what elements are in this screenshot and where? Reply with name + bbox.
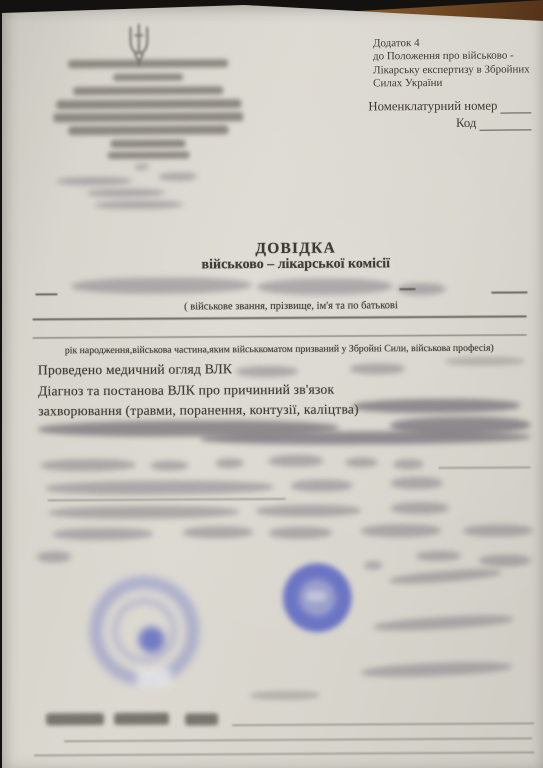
letterhead-line-blur: [53, 112, 243, 122]
official-title-blur: [46, 713, 104, 725]
code-label: Код: [456, 116, 477, 131]
handwriting-blur: [49, 505, 239, 519]
handwriting-blur: [361, 524, 441, 537]
handwritten-date-blur: [135, 164, 149, 170]
nomenclature-label: Номенклатурний номер: [368, 99, 497, 115]
handwriting-blur: [391, 477, 443, 489]
form-rule: [33, 315, 527, 320]
handwriting-blur: [463, 524, 533, 536]
handwritten-name-blur: [71, 277, 251, 294]
official-title-blur: [185, 713, 218, 725]
handwriting-blur: [46, 480, 274, 495]
handwritten-exam-blur: [236, 366, 298, 377]
letterhead-line-blur: [68, 125, 228, 135]
appendix-line: Додаток 4: [373, 36, 543, 50]
signature-blur: [389, 567, 502, 586]
name-line-dash: [35, 293, 57, 295]
caption-rank-name: ( військове звання, прізвище, ім'я та по…: [39, 299, 542, 313]
handwritten-exam-blur: [350, 363, 405, 374]
handwriting-blur: [479, 554, 531, 566]
nomenclature-row: Номенклатурний номер: [368, 98, 531, 114]
appendix-block: Додаток 4 до Положення про військово - Л…: [373, 36, 543, 91]
document-page: Додаток 4 до Положення про військово - Л…: [0, 0, 543, 768]
signature-blur: [373, 613, 513, 633]
document-content: Додаток 4 до Положення про військово - Л…: [0, 0, 543, 768]
handwriting-blur: [390, 416, 530, 434]
code-blank-line: [479, 128, 531, 130]
handwriting-blur: [416, 551, 461, 561]
letterhead-line-blur: [56, 99, 241, 109]
name-line-end: [491, 291, 527, 293]
document-subtitle: військово – лікарської комісії: [49, 255, 542, 274]
letterhead-line-blur: [73, 86, 223, 95]
form-rule-bottom: [64, 737, 532, 742]
exam-line: Проведено медичний огляд ВЛК: [38, 361, 232, 378]
handwritten-exam-blur: [445, 356, 525, 365]
diagnosis-line-1: Діагноз та постанова ВЛК про причинний з…: [38, 382, 334, 400]
handwriting-blur: [37, 551, 71, 562]
handwriting-blur: [40, 459, 135, 472]
handwritten-name-blur: [257, 278, 392, 295]
blue-round-stamp-small: [282, 563, 352, 633]
handwritten-date-blur: [87, 189, 165, 197]
handwriting-blur: [291, 480, 353, 492]
handwriting-underline: [48, 498, 286, 501]
handwriting-blur: [256, 504, 361, 517]
handwriting-blur: [393, 459, 423, 469]
diagnosis-line-2: захворювання (травми, поранення, контузі…: [38, 401, 359, 419]
form-rule-bottom: [34, 751, 534, 756]
name-line-dash: [399, 288, 415, 290]
letterhead-line-blur: [111, 140, 186, 148]
handwritten-date-blur: [159, 172, 197, 180]
handwritten-date-blur: [57, 177, 132, 185]
letterhead-line-blur: [68, 59, 228, 68]
handwritten-diagnosis-blur: [352, 398, 520, 413]
appendix-line: Лікарську експертизу в Збройних: [373, 63, 543, 77]
code-row: Код: [438, 115, 531, 131]
handwriting-blur: [269, 527, 332, 539]
stamp-highlight: [306, 591, 326, 602]
stamp-center-emblem: [138, 627, 164, 653]
handwriting-blur: [150, 461, 188, 471]
nomenclature-blank-line: [500, 111, 531, 113]
printed-text-blur: [250, 691, 320, 700]
form-rule-bottom: [232, 722, 534, 726]
handwritten-date-blur: [95, 201, 183, 210]
handwriting-blur: [391, 502, 449, 514]
appendix-line: до Положення про військово -: [373, 50, 543, 64]
caption-birth-unit: рік народження,військова частина,яким ві…: [16, 342, 543, 356]
handwriting-blur: [268, 455, 323, 467]
signature-blur: [364, 561, 382, 569]
signature-blur: [362, 660, 512, 679]
official-title-blur: [114, 713, 169, 725]
handwriting-blur: [345, 457, 377, 467]
handwriting-blur: [53, 528, 153, 541]
letterhead-line-blur: [113, 74, 183, 81]
handwriting-underline: [439, 466, 531, 469]
blue-round-stamp-large: [89, 575, 200, 686]
letterhead-line-blur: [108, 151, 190, 159]
stamp-light-notch: [137, 669, 171, 687]
form-rule: [33, 334, 527, 338]
handwriting-blur: [183, 526, 253, 538]
appendix-line: Силах України: [373, 77, 543, 91]
handwriting-blur: [215, 458, 243, 468]
